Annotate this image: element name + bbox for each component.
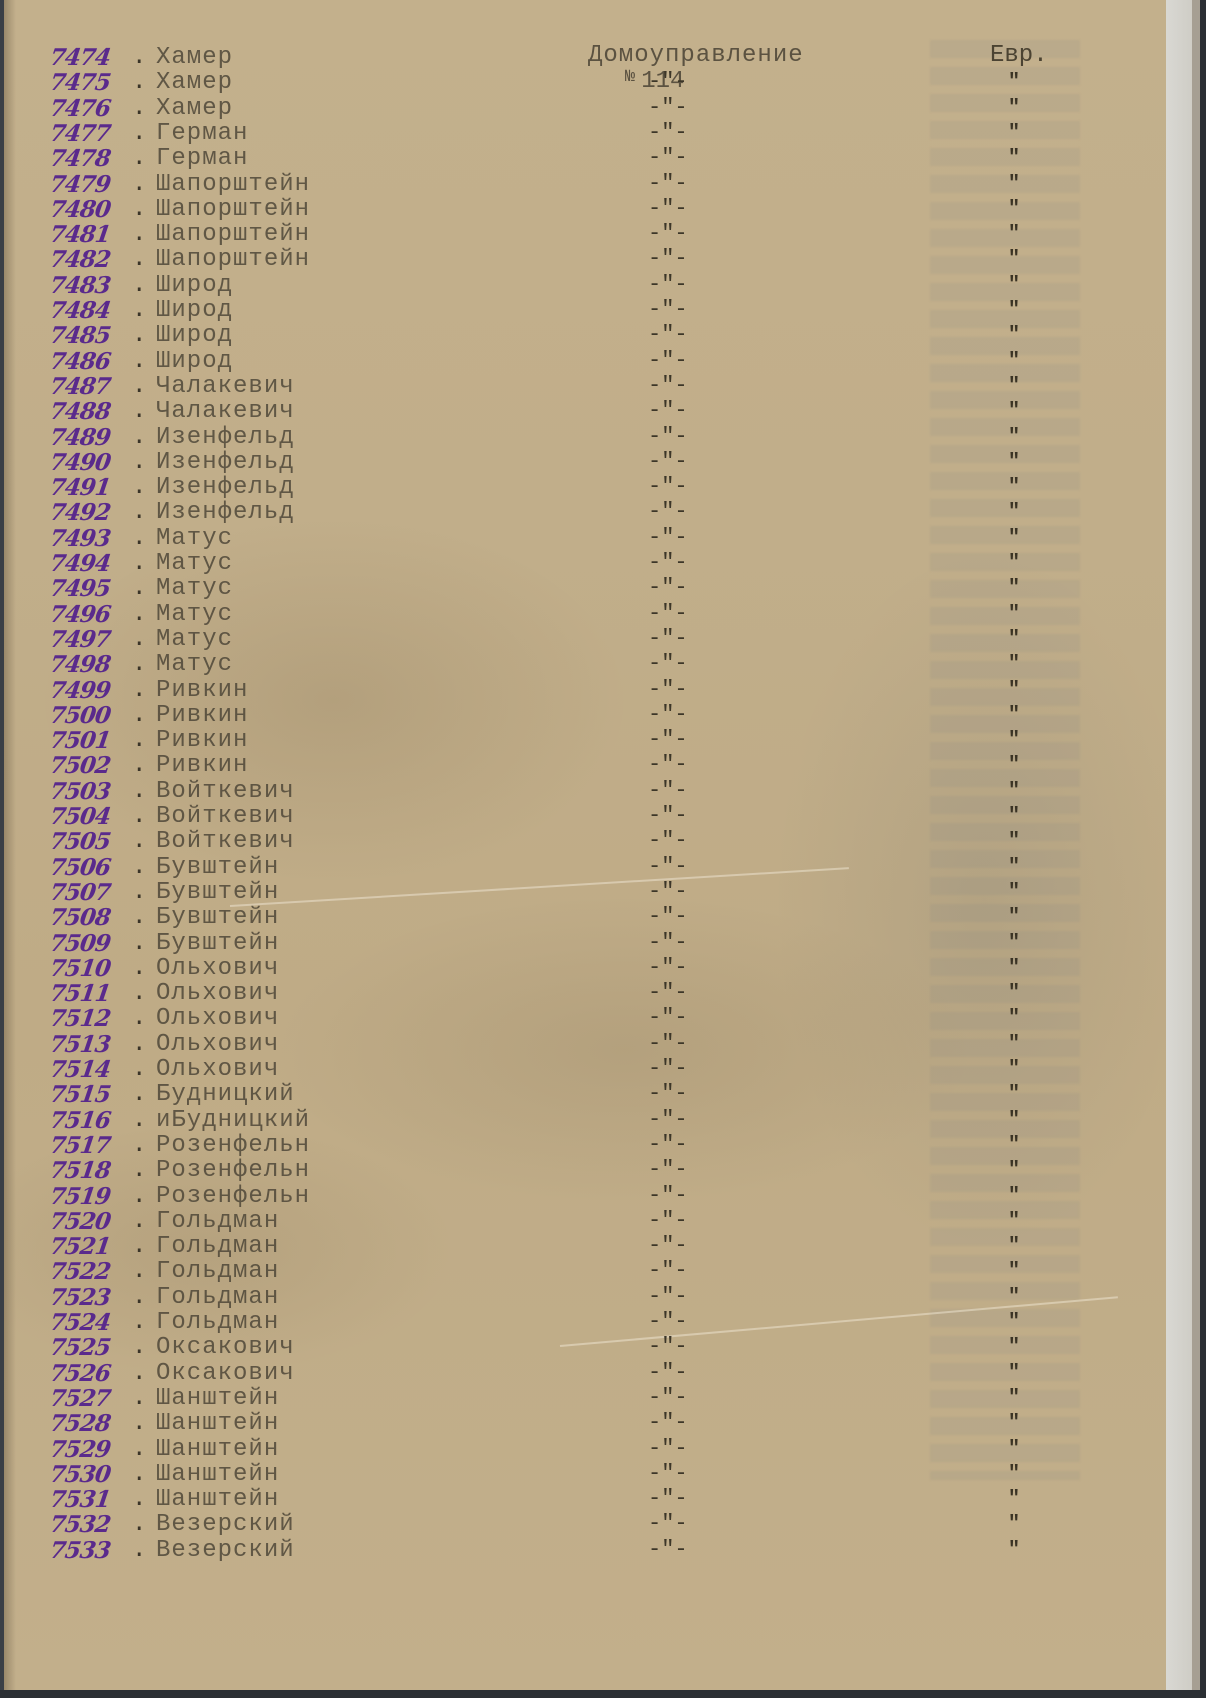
nationality-ditto-mark: " (1008, 1058, 1020, 1081)
entry-dot: . (132, 904, 146, 931)
nationality-ditto-mark: " (1008, 881, 1020, 904)
register-row: 7502.Ривкин-"-" (0, 752, 1160, 779)
entry-number: 7474 (48, 44, 112, 71)
entry-dot: . (132, 702, 146, 729)
entry-dot: . (132, 778, 146, 805)
register-row: 7531.Шанштейн-"-" (0, 1486, 1160, 1513)
house-ditto-mark: -"- (648, 1208, 688, 1233)
entry-dot: . (132, 272, 146, 299)
register-row: 7491.Изенфельд-"-" (0, 474, 1160, 501)
entry-dot: . (132, 1537, 146, 1564)
register-row: 7493.Матус-"-" (0, 525, 1160, 552)
nationality-ditto-mark: " (1008, 1311, 1020, 1334)
house-ditto-mark: -"- (648, 1258, 688, 1283)
entry-surname: Хамер (156, 95, 233, 122)
entry-number: 7491 (48, 474, 112, 501)
entry-number: 7507 (48, 879, 112, 906)
entry-dot: . (132, 525, 146, 552)
nationality-ditto-mark: " (1008, 122, 1020, 145)
nationality-ditto-mark: " (1008, 1438, 1020, 1461)
entry-number: 7520 (48, 1208, 112, 1235)
register-row: 7529.Шанштейн-"-" (0, 1436, 1160, 1463)
register-row: 7520.Гольдман-"-" (0, 1208, 1160, 1235)
nationality-ditto-mark: " (1008, 274, 1020, 297)
entry-dot: . (132, 1081, 146, 1108)
entry-dot: . (132, 626, 146, 653)
register-row: 7513.Ольхович-"-" (0, 1031, 1160, 1058)
register-row: 7508.Бувштейн-"-" (0, 904, 1160, 931)
entry-number: 7498 (48, 651, 112, 678)
entry-surname: Шанштейн (156, 1385, 279, 1412)
entry-surname: Шанштейн (156, 1410, 279, 1437)
entry-number: 7521 (48, 1233, 112, 1260)
register-row: 7474.Хамер (0, 44, 1160, 71)
nationality-ditto-mark: " (1008, 1210, 1020, 1233)
register-row: 7494.Матус-"-" (0, 550, 1160, 577)
register-row: 7484.Широд-"-" (0, 297, 1160, 324)
house-ditto-mark: -"- (648, 525, 688, 550)
house-ditto-mark: -"- (648, 778, 688, 803)
house-ditto-mark: -"- (648, 980, 688, 1005)
register-row: 7504.Войткевич-"-" (0, 803, 1160, 830)
entry-number: 7499 (48, 677, 112, 704)
register-row: 7497.Матус-"-" (0, 626, 1160, 653)
entry-number: 7489 (48, 424, 112, 451)
entry-number: 7526 (48, 1360, 112, 1387)
register-row: 7528.Шанштейн-"-" (0, 1410, 1160, 1437)
register-row: 7476.Хамер-"-" (0, 95, 1160, 122)
house-ditto-mark: -"- (648, 171, 688, 196)
house-ditto-mark: -"- (648, 651, 688, 676)
entry-surname: Розенфельн (156, 1157, 310, 1184)
register-row: 7515.Будницкий-"-" (0, 1081, 1160, 1108)
nationality-ditto-mark: " (1008, 1539, 1020, 1562)
nationality-ditto-mark: " (1008, 957, 1020, 980)
entry-number: 7518 (48, 1157, 112, 1184)
entry-dot: . (132, 828, 146, 855)
entry-dot: . (132, 120, 146, 147)
entry-number: 7483 (48, 272, 112, 299)
register-row: 7527.Шанштейн-"-" (0, 1385, 1160, 1412)
register-row: 7488.Чалакевич-"-" (0, 398, 1160, 425)
register-row: 7530.Шанштейн-"-" (0, 1461, 1160, 1488)
nationality-ditto-mark: " (1008, 1235, 1020, 1258)
house-ditto-mark: -"- (648, 1157, 688, 1182)
house-ditto-mark: -"- (648, 1107, 688, 1132)
register-row: 7482.Шапорштейн-"-" (0, 246, 1160, 273)
entry-dot: . (132, 1511, 146, 1538)
register-row: 7533.Везерский-"-" (0, 1537, 1160, 1564)
house-ditto-mark: -"- (648, 1537, 688, 1562)
house-ditto-mark: -"- (648, 752, 688, 777)
nationality-ditto-mark: " (1008, 982, 1020, 1005)
entry-number: 7528 (48, 1410, 112, 1437)
house-ditto-mark: -"- (648, 297, 688, 322)
entry-number: 7524 (48, 1309, 112, 1336)
register-row: 7512.Ольхович-"-" (0, 1005, 1160, 1032)
entry-dot: . (132, 69, 146, 96)
house-ditto-mark: -"- (648, 1410, 688, 1435)
register-row: 7522.Гольдман-"-" (0, 1258, 1160, 1285)
house-ditto-mark: -"- (648, 1132, 688, 1157)
nationality-ditto-mark: " (1008, 1488, 1020, 1511)
nationality-ditto-mark: " (1008, 400, 1020, 423)
entry-dot: . (132, 601, 146, 628)
house-ditto-mark: -"- (648, 1031, 688, 1056)
entry-surname: Ольхович (156, 1005, 279, 1032)
entry-surname: Везерский (156, 1537, 295, 1564)
house-ditto-mark: -"- (648, 246, 688, 271)
entry-dot: . (132, 322, 146, 349)
nationality-ditto-mark: " (1008, 1159, 1020, 1182)
entry-number: 7505 (48, 828, 112, 855)
entry-surname: Матус (156, 550, 233, 577)
nationality-ditto-mark: " (1008, 552, 1020, 575)
register-row: 7503.Войткевич-"-" (0, 778, 1160, 805)
register-row: 7490.Изенфельд-"-" (0, 449, 1160, 476)
entry-dot: . (132, 1183, 146, 1210)
entry-number: 7493 (48, 525, 112, 552)
entry-surname: Широд (156, 348, 233, 375)
entry-surname: Розенфельн (156, 1183, 310, 1210)
register-row: 7492.Изенфельд-"-" (0, 499, 1160, 526)
nationality-ditto-mark: " (1008, 1336, 1020, 1359)
house-ditto-mark: -"- (648, 575, 688, 600)
entry-number: 7488 (48, 398, 112, 425)
viewer-scrollbar-track[interactable] (1192, 0, 1200, 1690)
house-ditto-mark: -"- (648, 626, 688, 651)
register-row: 7526.Оксакович-"-" (0, 1360, 1160, 1387)
entry-surname: Будницкий (156, 1081, 295, 1108)
house-ditto-mark: -"- (648, 803, 688, 828)
entry-surname: Гольдман (156, 1233, 279, 1260)
house-ditto-mark: -"- (648, 424, 688, 449)
register-row: 7532.Везерский-"-" (0, 1511, 1160, 1538)
house-ditto-mark: -"- (648, 1360, 688, 1385)
nationality-ditto-mark: " (1008, 1387, 1020, 1410)
entry-surname: Войткевич (156, 803, 295, 830)
entry-surname: Войткевич (156, 828, 295, 855)
entry-number: 7513 (48, 1031, 112, 1058)
register-row: 7525.Оксакович-"-" (0, 1334, 1160, 1361)
nationality-ditto-mark: " (1008, 805, 1020, 828)
entry-dot: . (132, 980, 146, 1007)
house-ditto-mark: -"- (648, 145, 688, 170)
register-row: 7487.Чалакевич-"-" (0, 373, 1160, 400)
register-row: 7514.Ольхович-"-" (0, 1056, 1160, 1083)
entry-number: 7478 (48, 145, 112, 172)
nationality-ditto-mark: " (1008, 350, 1020, 373)
entry-surname: Шапорштейн (156, 246, 310, 273)
house-ditto-mark: -"- (648, 1486, 688, 1511)
entry-number: 7517 (48, 1132, 112, 1159)
entry-surname: Ольхович (156, 955, 279, 982)
entry-dot: . (132, 1385, 146, 1412)
entry-number: 7480 (48, 196, 112, 223)
house-ditto-mark: -"- (648, 373, 688, 398)
entry-dot: . (132, 44, 146, 71)
house-ditto-mark: -"- (648, 1081, 688, 1106)
register-row: 7489.Изенфельд-"-" (0, 424, 1160, 451)
register-row: 7511.Ольхович-"-" (0, 980, 1160, 1007)
nationality-ditto-mark: " (1008, 1260, 1020, 1283)
house-ditto-mark: -"- (648, 1056, 688, 1081)
entry-number: 7490 (48, 449, 112, 476)
nationality-ditto-mark: " (1008, 906, 1020, 929)
entry-dot: . (132, 1334, 146, 1361)
house-ditto-mark: -"- (648, 1385, 688, 1410)
nationality-ditto-mark: " (1008, 704, 1020, 727)
register-row: 7506.Бувштейн-"-" (0, 854, 1160, 881)
entry-surname: Герман (156, 145, 248, 172)
entry-surname: Изенфельд (156, 424, 295, 451)
entry-surname: Ривкин (156, 702, 248, 729)
entry-number: 7532 (48, 1511, 112, 1538)
register-row: 7518.Розенфельн-"-" (0, 1157, 1160, 1184)
nationality-ditto-mark: " (1008, 653, 1020, 676)
house-ditto-mark: -"- (648, 499, 688, 524)
entry-dot: . (132, 449, 146, 476)
nationality-ditto-mark: " (1008, 1109, 1020, 1132)
entry-surname: Гольдман (156, 1309, 279, 1336)
nationality-ditto-mark: " (1008, 856, 1020, 879)
house-ditto-mark: -"- (648, 474, 688, 499)
entry-number: 7514 (48, 1056, 112, 1083)
entry-dot: . (132, 1360, 146, 1387)
entry-surname: Оксакович (156, 1334, 295, 1361)
nationality-ditto-mark: " (1008, 729, 1020, 752)
house-ditto-mark: -"- (648, 1309, 688, 1334)
entry-dot: . (132, 1410, 146, 1437)
entry-surname: Бувштейн (156, 879, 279, 906)
entry-surname: Хамер (156, 69, 233, 96)
nationality-ditto-mark: " (1008, 223, 1020, 246)
entry-dot: . (132, 1208, 146, 1235)
nationality-ditto-mark: " (1008, 1007, 1020, 1030)
entry-dot: . (132, 221, 146, 248)
nationality-ditto-mark: " (1008, 1412, 1020, 1435)
entry-number: 7516 (48, 1107, 112, 1134)
viewer-frame-right (1200, 0, 1206, 1698)
nationality-ditto-mark: " (1008, 932, 1020, 955)
house-ditto-mark: -"- (648, 1461, 688, 1486)
register-row: 7495.Матус-"-" (0, 575, 1160, 602)
entry-surname: Гольдман (156, 1284, 279, 1311)
entry-number: 7510 (48, 955, 112, 982)
nationality-ditto-mark: " (1008, 603, 1020, 626)
entry-surname: Широд (156, 272, 233, 299)
entry-surname: Шапорштейн (156, 171, 310, 198)
house-ditto-mark: -"- (648, 272, 688, 297)
nationality-ditto-mark: " (1008, 527, 1020, 550)
entry-surname: Шанштейн (156, 1486, 279, 1513)
entry-number: 7501 (48, 727, 112, 754)
register-row: 7524.Гольдман-"-" (0, 1309, 1160, 1336)
entry-number: 7476 (48, 95, 112, 122)
entry-number: 7494 (48, 550, 112, 577)
entry-surname: Матус (156, 626, 233, 653)
register-row: 7475.Хамер-"-" (0, 69, 1160, 96)
nationality-ditto-mark: " (1008, 198, 1020, 221)
entry-number: 7492 (48, 499, 112, 526)
entry-dot: . (132, 499, 146, 526)
entry-dot: . (132, 1233, 146, 1260)
entry-surname: Ривкин (156, 677, 248, 704)
entry-surname: Бувштейн (156, 854, 279, 881)
entry-surname: Изенфельд (156, 499, 295, 526)
register-row: 7481.Шапорштейн-"-" (0, 221, 1160, 248)
nationality-ditto-mark: " (1008, 248, 1020, 271)
entry-surname: Матус (156, 651, 233, 678)
nationality-ditto-mark: " (1008, 426, 1020, 449)
entry-dot: . (132, 145, 146, 172)
entry-dot: . (132, 373, 146, 400)
scan-background-strip (1166, 0, 1192, 1690)
register-row: 7505.Войткевич-"-" (0, 828, 1160, 855)
entry-dot: . (132, 955, 146, 982)
entry-dot: . (132, 1486, 146, 1513)
entry-surname: Хамер (156, 44, 233, 71)
house-ditto-mark: -"- (648, 955, 688, 980)
entry-dot: . (132, 398, 146, 425)
entry-number: 7511 (48, 980, 112, 1007)
nationality-ditto-mark: " (1008, 577, 1020, 600)
entry-dot: . (132, 879, 146, 906)
entry-dot: . (132, 474, 146, 501)
entry-surname: Ривкин (156, 727, 248, 754)
house-ditto-mark: -"- (648, 398, 688, 423)
nationality-ditto-mark: " (1008, 1463, 1020, 1486)
entry-surname: Шапорштейн (156, 196, 310, 223)
entry-surname: Матус (156, 525, 233, 552)
entry-dot: . (132, 1107, 146, 1134)
entry-surname: Шанштейн (156, 1461, 279, 1488)
register-row: 7507.Бувштейн-"-" (0, 879, 1160, 906)
entry-dot: . (132, 727, 146, 754)
register-row: 7519.Розенфельн-"-" (0, 1183, 1160, 1210)
entry-dot: . (132, 1309, 146, 1336)
entry-number: 7525 (48, 1334, 112, 1361)
entry-number: 7485 (48, 322, 112, 349)
entry-surname: Розенфельн (156, 1132, 310, 1159)
nationality-ditto-mark: " (1008, 147, 1020, 170)
entry-number: 7486 (48, 348, 112, 375)
house-ditto-mark: -"- (648, 1334, 688, 1359)
entry-dot: . (132, 246, 146, 273)
entry-dot: . (132, 651, 146, 678)
entry-surname: Шанштейн (156, 1436, 279, 1463)
viewer-frame-bottom (0, 1690, 1206, 1698)
entry-dot: . (132, 95, 146, 122)
house-ditto-mark: -"- (648, 550, 688, 575)
entry-surname: Матус (156, 601, 233, 628)
nationality-ditto-mark: " (1008, 780, 1020, 803)
house-ditto-mark: -"- (648, 322, 688, 347)
entry-dot: . (132, 1461, 146, 1488)
register-row: 7516.иБудницкий-"-" (0, 1107, 1160, 1134)
nationality-ditto-mark: " (1008, 1185, 1020, 1208)
house-ditto-mark: -"- (648, 1183, 688, 1208)
house-ditto-mark: -"- (648, 879, 688, 904)
register-row: 7517.Розенфельн-"-" (0, 1132, 1160, 1159)
house-ditto-mark: -"- (648, 1005, 688, 1030)
house-ditto-mark: -"- (648, 1233, 688, 1258)
house-ditto-mark: -"- (648, 196, 688, 221)
entry-dot: . (132, 196, 146, 223)
house-ditto-mark: -"- (648, 1436, 688, 1461)
entry-surname: Широд (156, 297, 233, 324)
house-ditto-mark: -"- (648, 69, 688, 94)
entry-dot: . (132, 1157, 146, 1184)
entry-number: 7531 (48, 1486, 112, 1513)
entry-surname: Везерский (156, 1511, 295, 1538)
nationality-ditto-mark: " (1008, 830, 1020, 853)
entry-number: 7512 (48, 1005, 112, 1032)
entry-number: 7487 (48, 373, 112, 400)
register-row: 7483.Широд-"-" (0, 272, 1160, 299)
entry-surname: Широд (156, 322, 233, 349)
register-row: 7521.Гольдман-"-" (0, 1233, 1160, 1260)
entry-surname: Ольхович (156, 980, 279, 1007)
house-ditto-mark: -"- (648, 1511, 688, 1536)
nationality-ditto-mark: " (1008, 679, 1020, 702)
house-ditto-mark: -"- (648, 221, 688, 246)
entry-dot: . (132, 930, 146, 957)
entry-dot: . (132, 575, 146, 602)
register-row: 7496.Матус-"-" (0, 601, 1160, 628)
entry-number: 7506 (48, 854, 112, 881)
entry-surname: Бувштейн (156, 904, 279, 931)
nationality-ditto-mark: " (1008, 1362, 1020, 1385)
nationality-ditto-mark: " (1008, 375, 1020, 398)
entry-dot: . (132, 297, 146, 324)
entry-dot: . (132, 171, 146, 198)
entry-number: 7533 (48, 1537, 112, 1564)
entry-number: 7523 (48, 1284, 112, 1311)
entry-dot: . (132, 677, 146, 704)
register-row: 7480.Шапорштейн-"-" (0, 196, 1160, 223)
entry-dot: . (132, 1258, 146, 1285)
register-row: 7498.Матус-"-" (0, 651, 1160, 678)
nationality-ditto-mark: " (1008, 71, 1020, 94)
entry-surname: Бувштейн (156, 930, 279, 957)
entry-surname: Гольдман (156, 1208, 279, 1235)
house-ditto-mark: -"- (648, 95, 688, 120)
house-ditto-mark: -"- (648, 930, 688, 955)
house-ditto-mark: -"- (648, 601, 688, 626)
entry-surname: Гольдман (156, 1258, 279, 1285)
house-ditto-mark: -"- (648, 702, 688, 727)
entry-dot: . (132, 752, 146, 779)
entry-number: 7504 (48, 803, 112, 830)
entry-surname: Шапорштейн (156, 221, 310, 248)
entry-surname: Войткевич (156, 778, 295, 805)
entry-surname: Изенфельд (156, 474, 295, 501)
nationality-ditto-mark: " (1008, 628, 1020, 651)
entry-number: 7519 (48, 1183, 112, 1210)
entry-surname: Чалакевич (156, 398, 295, 425)
entry-dot: . (132, 1132, 146, 1159)
entry-number: 7522 (48, 1258, 112, 1285)
entry-number: 7482 (48, 246, 112, 273)
register-row: 7510.Ольхович-"-" (0, 955, 1160, 982)
entry-number: 7477 (48, 120, 112, 147)
nationality-ditto-mark: " (1008, 1286, 1020, 1309)
house-ditto-mark: -"- (648, 854, 688, 879)
nationality-ditto-mark: " (1008, 324, 1020, 347)
house-ditto-mark: -"- (648, 727, 688, 752)
entry-surname: Чалакевич (156, 373, 295, 400)
